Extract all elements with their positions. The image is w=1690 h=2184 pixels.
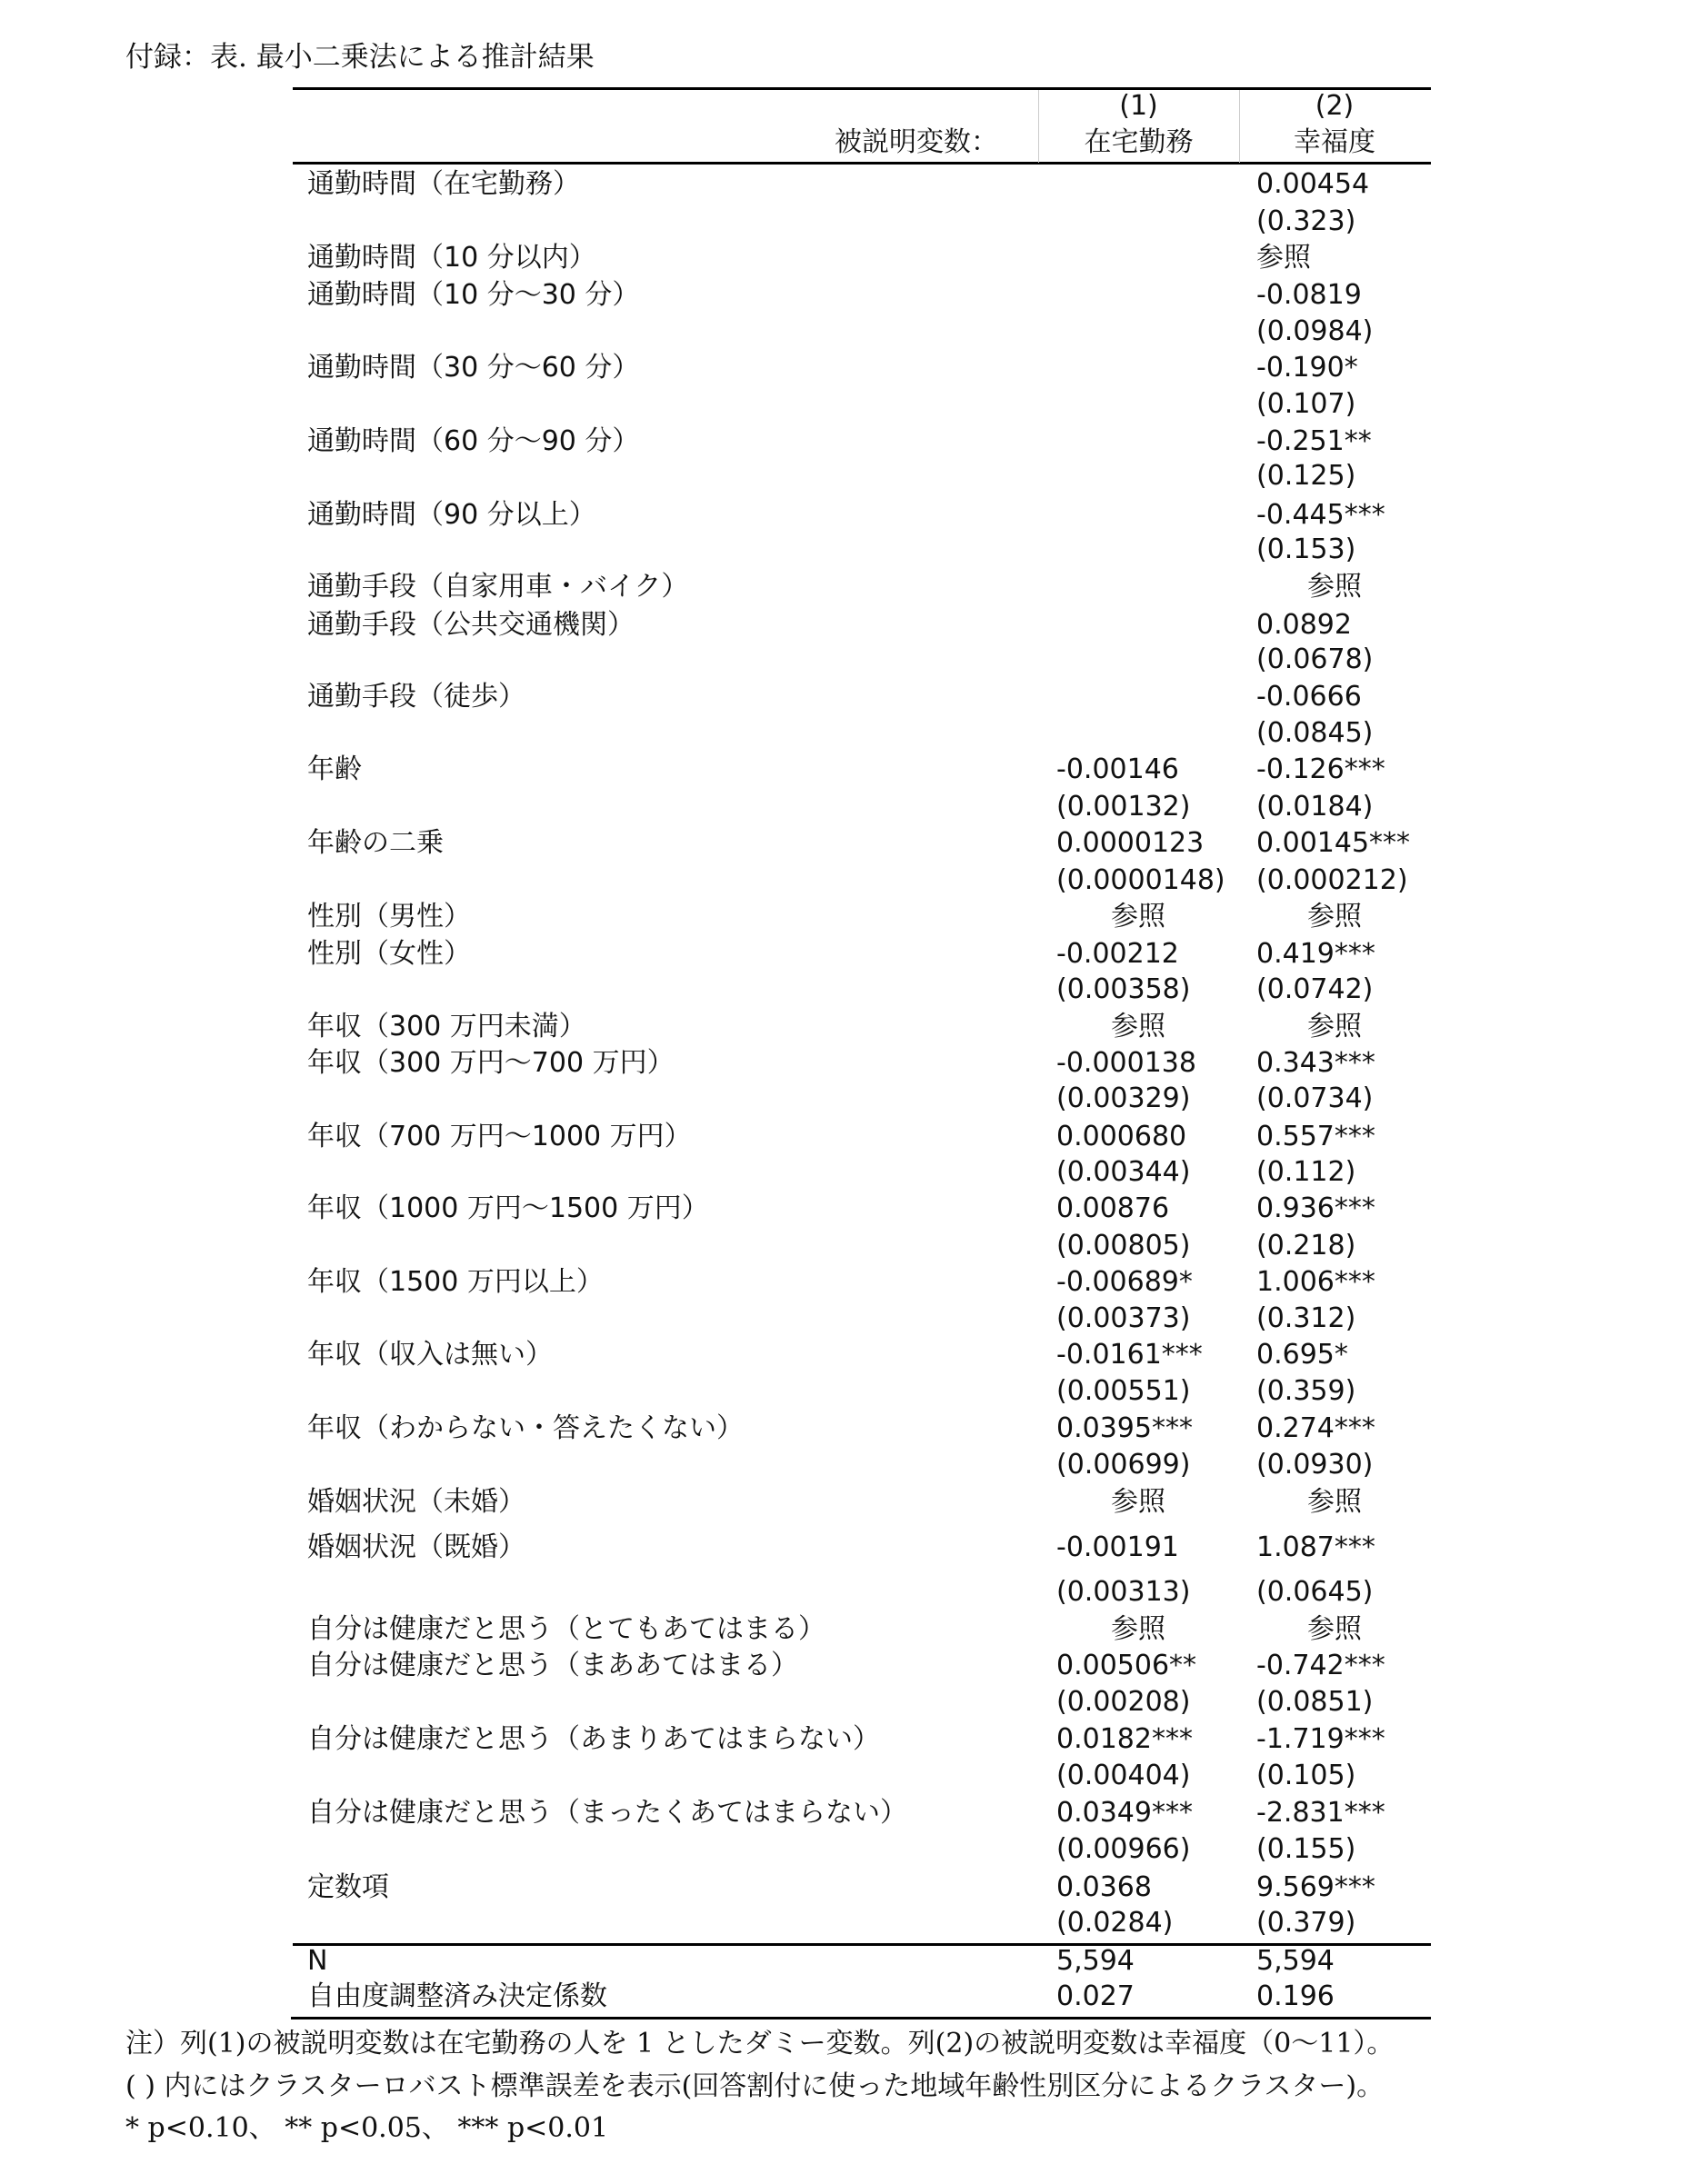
coef-col2: 参照 — [1256, 573, 1413, 601]
se-col2: (0.0984) — [1256, 318, 1373, 345]
se-col2: (0.218) — [1256, 1232, 1355, 1260]
coef-col2: 参照 — [1256, 903, 1413, 931]
se-col2: (0.153) — [1256, 536, 1355, 563]
se-col1: (0.00551) — [1056, 1378, 1190, 1405]
coef-col1: 参照 — [1056, 1489, 1220, 1516]
row-label: 通勤時間（10 分以内） — [307, 244, 596, 272]
coef-col1: 0.000680 — [1056, 1123, 1186, 1151]
se-col2: (0.0678) — [1256, 646, 1373, 673]
stat-label-adj-r2: 自由度調整済み決定係数 — [307, 1983, 607, 2010]
se-col1: (0.00132) — [1056, 793, 1190, 821]
footnote-significance: * p<0.10、 ** p<0.05、 *** p<0.01 — [125, 2115, 608, 2142]
se-col2: (0.112) — [1256, 1159, 1355, 1186]
se-col2: (0.0851) — [1256, 1689, 1373, 1716]
table-title: 付録：表. 最小二乗法による推計結果 — [125, 44, 595, 72]
se-col2: (0.359) — [1256, 1378, 1355, 1405]
coef-col2: 0.343*** — [1256, 1050, 1375, 1077]
se-col2: (0.0845) — [1256, 720, 1373, 747]
se-col2: (0.0742) — [1256, 976, 1373, 1003]
coef-col1: 0.00876 — [1056, 1195, 1169, 1222]
column-1-number: (1) — [1038, 93, 1239, 120]
footnote-2: ( ) 内にはクラスターロバスト標準誤差を表示(回答割付に使った地域年齢性別区分… — [125, 2073, 1384, 2100]
row-label: 通勤時間（30 分〜60 分） — [307, 354, 639, 382]
row-label: 年収（1000 万円〜1500 万円） — [307, 1195, 709, 1222]
row-label: 年収（300 万円〜700 万円） — [307, 1050, 675, 1077]
coef-col1: 0.0368 — [1056, 1874, 1152, 1901]
se-col2: (0.323) — [1256, 208, 1355, 235]
coef-col2: 0.00454 — [1256, 171, 1369, 198]
se-col1: (0.00208) — [1056, 1689, 1190, 1716]
row-label: 通勤手段（自家用車・バイク） — [307, 573, 688, 601]
stat-label-n: N — [307, 1948, 327, 1975]
coef-col1: -0.00212 — [1056, 941, 1179, 968]
se-col1: (0.00699) — [1056, 1451, 1190, 1479]
row-label: 婚姻状況（既婚） — [307, 1534, 525, 1561]
row-label: 性別（女性） — [307, 941, 471, 968]
coef-col2: 0.00145*** — [1256, 830, 1410, 857]
stat-adj-r2-col2: 0.196 — [1256, 1983, 1335, 2010]
row-label: 通勤時間（60 分〜90 分） — [307, 428, 639, 455]
coef-col2: 参照 — [1256, 1489, 1413, 1516]
row-label: 年齢 — [307, 756, 362, 783]
row-label: 通勤時間（90 分以上） — [307, 502, 596, 529]
coef-col2: 1.006*** — [1256, 1269, 1375, 1296]
se-col2: (0.125) — [1256, 463, 1355, 490]
coef-col2: 0.419*** — [1256, 941, 1375, 968]
coef-col2: 0.695* — [1256, 1341, 1348, 1369]
row-label: 通勤時間（10 分〜30 分） — [307, 282, 639, 309]
se-col2: (0.0930) — [1256, 1451, 1373, 1479]
se-col1: (0.00329) — [1056, 1085, 1190, 1112]
coef-col1: -0.00689* — [1056, 1269, 1193, 1296]
row-label: 自分は健康だと思う（とてもあてはまる） — [307, 1616, 825, 1643]
se-col2: (0.155) — [1256, 1836, 1355, 1863]
row-label: 自分は健康だと思う（まああてはまる） — [307, 1652, 798, 1680]
se-col1: (0.00966) — [1056, 1836, 1190, 1863]
coef-col2: 0.936*** — [1256, 1195, 1375, 1222]
coef-col1: 参照 — [1056, 1616, 1220, 1643]
stat-n-col1: 5,594 — [1056, 1948, 1135, 1975]
se-col1: (0.00373) — [1056, 1305, 1190, 1332]
column-1-name: 在宅勤務 — [1038, 129, 1239, 156]
row-label: 通勤手段（徒歩） — [307, 683, 525, 711]
coef-col2: 参照 — [1256, 1616, 1413, 1643]
coef-col2: 0.557*** — [1256, 1123, 1375, 1151]
column-2-name: 幸福度 — [1239, 129, 1430, 156]
coef-col1: 0.0000123 — [1056, 830, 1204, 857]
coef-col1: -0.00146 — [1056, 756, 1179, 783]
se-col1: (0.00805) — [1056, 1232, 1190, 1260]
coef-col2: -0.0819 — [1256, 282, 1362, 309]
coef-col2: 9.569*** — [1256, 1874, 1375, 1901]
se-col2: (0.000212) — [1256, 867, 1408, 894]
coef-col2: -0.126*** — [1256, 756, 1385, 783]
se-col2: (0.107) — [1256, 391, 1355, 418]
coef-col1: 参照 — [1056, 1013, 1220, 1041]
se-col2: (0.105) — [1256, 1762, 1355, 1790]
column-2-number: (2) — [1239, 93, 1430, 120]
coef-col2: -2.831*** — [1256, 1800, 1385, 1827]
header-rule — [293, 162, 1431, 165]
se-col2: (0.0734) — [1256, 1085, 1373, 1112]
se-col1: (0.00358) — [1056, 976, 1190, 1003]
se-col2: (0.0184) — [1256, 793, 1373, 821]
row-label: 自分は健康だと思う（あまりあてはまらない） — [307, 1726, 880, 1753]
coef-col1: -0.00191 — [1056, 1534, 1179, 1561]
se-col1: (0.00313) — [1056, 1579, 1190, 1606]
se-col1: (0.00344) — [1056, 1159, 1190, 1186]
row-label: 年収（1500 万円以上） — [307, 1269, 604, 1296]
row-label: 通勤時間（在宅勤務） — [307, 171, 580, 198]
row-label: 年収（300 万円未満） — [307, 1013, 586, 1041]
coef-col2: 参照 — [1256, 244, 1311, 272]
coef-col1: -0.0161*** — [1056, 1341, 1203, 1369]
coef-col2: 0.0892 — [1256, 612, 1352, 639]
coef-col2: 1.087*** — [1256, 1534, 1375, 1561]
row-label: 年収（わからない・答えたくない） — [307, 1415, 744, 1442]
se-col2: (0.379) — [1256, 1910, 1355, 1937]
coef-col2: 参照 — [1256, 1013, 1413, 1041]
top-rule — [293, 87, 1431, 90]
se-col1: (0.0000148) — [1056, 867, 1225, 894]
coef-col2: -0.742*** — [1256, 1652, 1385, 1680]
se-col1: (0.00404) — [1056, 1762, 1190, 1790]
coef-col2: -1.719*** — [1256, 1726, 1385, 1753]
coef-col1: 0.00506** — [1056, 1652, 1196, 1680]
coef-col1: 0.0395*** — [1056, 1415, 1193, 1442]
coef-col2: 0.274*** — [1256, 1415, 1375, 1442]
footnote-1: 注）列(1)の被説明変数は在宅勤務の人を 1 としたダミー変数。列(2)の被説明… — [125, 2030, 1394, 2058]
row-label: 定数項 — [307, 1874, 389, 1901]
row-label: 自分は健康だと思う（まったくあてはまらない） — [307, 1800, 907, 1827]
coef-col1: 参照 — [1056, 903, 1220, 931]
row-label: 性別（男性） — [307, 903, 471, 931]
se-col2: (0.312) — [1256, 1305, 1355, 1332]
se-col1: (0.0284) — [1056, 1910, 1173, 1937]
coef-col2: -0.190* — [1256, 354, 1358, 382]
coef-col2: -0.0666 — [1256, 683, 1362, 711]
dep-var-label: 被説明変数： — [835, 129, 998, 156]
row-label: 年収（収入は無い） — [307, 1341, 553, 1369]
se-col2: (0.0645) — [1256, 1579, 1373, 1606]
coef-col1: -0.000138 — [1056, 1050, 1196, 1077]
coef-col1: 0.0182*** — [1056, 1726, 1193, 1753]
stat-n-col2: 5,594 — [1256, 1948, 1335, 1975]
row-label: 年齢の二乗 — [307, 830, 444, 857]
coef-col2: -0.445*** — [1256, 502, 1385, 529]
stat-adj-r2-col1: 0.027 — [1056, 1983, 1135, 2010]
bottom-rule — [291, 2017, 1431, 2019]
row-label: 通勤手段（公共交通機関） — [307, 612, 635, 639]
coef-col1: 0.0349*** — [1056, 1800, 1193, 1827]
coef-col2: -0.251** — [1256, 428, 1372, 455]
row-label: 婚姻状況（未婚） — [307, 1489, 525, 1516]
row-label: 年収（700 万円〜1000 万円） — [307, 1123, 692, 1151]
